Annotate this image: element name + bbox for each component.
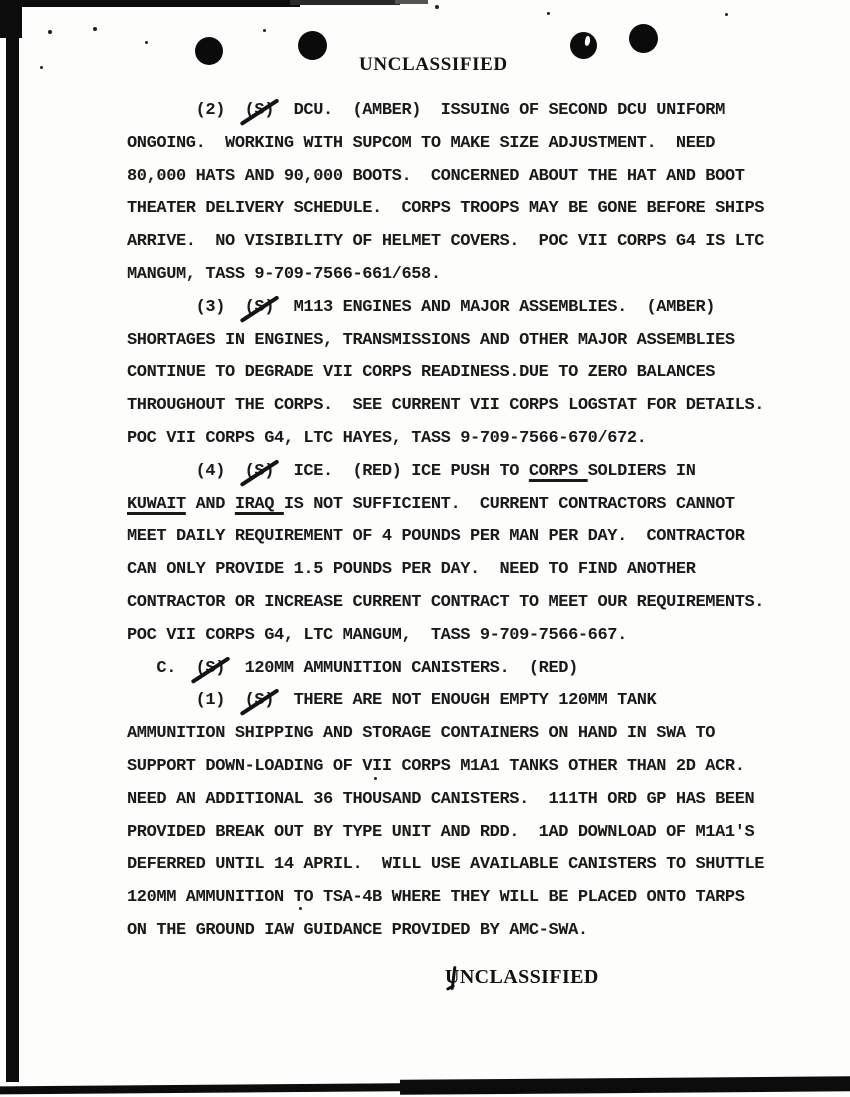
document-line: SUPPORT DOWN-LOADING OF VII CORPS M1A1 T…	[127, 751, 764, 784]
scan-edge-top	[0, 0, 300, 7]
text-run: (1)	[127, 691, 245, 710]
underlined-text: CORPS	[529, 462, 588, 481]
text-run: SOLDIERS IN	[588, 462, 696, 481]
document-line: CONTINUE TO DEGRADE VII CORPS READINESS.…	[127, 357, 764, 390]
text-run: 120MM AMMUNITION CANISTERS. (RED)	[225, 659, 578, 678]
document-line: (4) (S) ICE. (RED) ICE PUSH TO CORPS SOL…	[127, 456, 764, 489]
redacted-classification-marking: (S)	[245, 685, 274, 718]
document-line: (1) (S) THERE ARE NOT ENOUGH EMPTY 120MM…	[127, 685, 764, 718]
scanned-document-page: { "page": { "header_title": "UNCLASSIFIE…	[0, 0, 850, 1097]
text-run: MANGUM, TASS 9-709-7566-661/658.	[127, 265, 441, 284]
hole-punch-dot	[629, 24, 658, 53]
document-line: KUWAIT AND IRAQ IS NOT SUFFICIENT. CURRE…	[127, 489, 764, 522]
text-run: ONGOING. WORKING WITH SUPCOM TO MAKE SIZ…	[127, 134, 715, 153]
document-line: ONGOING. WORKING WITH SUPCOM TO MAKE SIZ…	[127, 128, 764, 161]
scan-speck	[435, 5, 439, 9]
document-line: (2) (S) DCU. (AMBER) ISSUING OF SECOND D…	[127, 95, 764, 128]
redacted-classification-marking: (S)	[245, 95, 274, 128]
text-run: ICE. (RED) ICE PUSH TO	[274, 462, 529, 481]
scan-speck	[48, 30, 52, 34]
redacted-classification-marking: (S)	[196, 653, 225, 686]
document-line: MEET DAILY REQUIREMENT OF 4 POUNDS PER M…	[127, 521, 764, 554]
text-run: AMMUNITION SHIPPING AND STORAGE CONTAINE…	[127, 724, 715, 743]
scan-speck	[93, 27, 97, 31]
document-line: CONTRACTOR OR INCREASE CURRENT CONTRACT …	[127, 587, 764, 620]
document-line: SHORTAGES IN ENGINES, TRANSMISSIONS AND …	[127, 325, 764, 358]
text-run: PROVIDED BREAK OUT BY TYPE UNIT AND RDD.…	[127, 823, 754, 842]
document-line: DEFERRED UNTIL 14 APRIL. WILL USE AVAILA…	[127, 849, 764, 882]
text-run: DEFERRED UNTIL 14 APRIL. WILL USE AVAILA…	[127, 855, 764, 874]
text-run: 120MM AMMUNITION TO TSA-4B WHERE THEY WI…	[127, 888, 745, 907]
text-run: (2)	[127, 101, 245, 120]
text-run: POC VII CORPS G4, LTC HAYES, TASS 9-709-…	[127, 429, 647, 448]
document-body: (2) (S) DCU. (AMBER) ISSUING OF SECOND D…	[127, 95, 764, 948]
document-line: (3) (S) M113 ENGINES AND MAJOR ASSEMBLIE…	[127, 292, 764, 325]
document-line: POC VII CORPS G4, LTC MANGUM, TASS 9-709…	[127, 620, 764, 653]
text-run: DCU. (AMBER) ISSUING OF SECOND DCU UNIFO…	[274, 101, 725, 120]
text-run: POC VII CORPS G4, LTC MANGUM, TASS 9-709…	[127, 626, 627, 645]
text-run: ARRIVE. NO VISIBILITY OF HELMET COVERS. …	[127, 232, 764, 251]
text-run: SUPPORT DOWN-LOADING OF VII CORPS M1A1 T…	[127, 757, 745, 776]
text-run: IS NOT SUFFICIENT. CURRENT CONTRACTORS C…	[284, 495, 735, 514]
document-line: 120MM AMMUNITION TO TSA-4B WHERE THEY WI…	[127, 882, 764, 915]
page-footer-classification: UNCLASSIFIED	[445, 966, 599, 989]
text-run: THEATER DELIVERY SCHEDULE. CORPS TROOPS …	[127, 199, 764, 218]
document-line: AMMUNITION SHIPPING AND STORAGE CONTAINE…	[127, 718, 764, 751]
text-run: AND	[186, 495, 235, 514]
text-run: ON THE GROUND IAW GUIDANCE PROVIDED BY A…	[127, 921, 588, 940]
redacted-classification-marking: (S)	[245, 456, 274, 489]
scan-speck	[725, 13, 728, 16]
text-run: NEED AN ADDITIONAL 36 THOUSAND CANISTERS…	[127, 790, 754, 809]
document-line: CAN ONLY PROVIDE 1.5 POUNDS PER DAY. NEE…	[127, 554, 764, 587]
text-run: CONTRACTOR OR INCREASE CURRENT CONTRACT …	[127, 593, 764, 612]
scan-speck	[547, 12, 550, 15]
hole-punch-dot	[570, 32, 597, 59]
text-run: M113 ENGINES AND MAJOR ASSEMBLIES. (AMBE…	[274, 298, 715, 317]
scan-edge-left	[6, 0, 19, 1082]
redacted-classification-marking: (S)	[245, 292, 274, 325]
text-run: THROUGHOUT THE CORPS. SEE CURRENT VII CO…	[127, 396, 764, 415]
scan-edge-top-gray	[290, 0, 400, 5]
text-run: THERE ARE NOT ENOUGH EMPTY 120MM TANK	[274, 691, 656, 710]
text-run: (4)	[127, 462, 245, 481]
scan-speck	[145, 41, 148, 44]
document-line: THEATER DELIVERY SCHEDULE. CORPS TROOPS …	[127, 193, 764, 226]
document-line: PROVIDED BREAK OUT BY TYPE UNIT AND RDD.…	[127, 817, 764, 850]
page-header-classification: UNCLASSIFIED	[359, 54, 508, 76]
document-line: ON THE GROUND IAW GUIDANCE PROVIDED BY A…	[127, 915, 764, 948]
document-line: 80,000 HATS AND 90,000 BOOTS. CONCERNED …	[127, 161, 764, 194]
hole-punch-dot	[298, 31, 327, 60]
document-line: C. (S) 120MM AMMUNITION CANISTERS. (RED)	[127, 653, 764, 686]
scan-speck	[40, 66, 43, 69]
document-line: MANGUM, TASS 9-709-7566-661/658.	[127, 259, 764, 292]
underlined-text: IRAQ	[235, 495, 284, 514]
text-run: MEET DAILY REQUIREMENT OF 4 POUNDS PER M…	[127, 527, 745, 546]
document-line: POC VII CORPS G4, LTC HAYES, TASS 9-709-…	[127, 423, 764, 456]
text-run: (3)	[127, 298, 245, 317]
text-run: SHORTAGES IN ENGINES, TRANSMISSIONS AND …	[127, 331, 735, 350]
hole-punch-dot	[195, 37, 223, 65]
document-line: ARRIVE. NO VISIBILITY OF HELMET COVERS. …	[127, 226, 764, 259]
scan-speck	[263, 29, 266, 32]
text-run: C.	[127, 659, 196, 678]
text-run: CAN ONLY PROVIDE 1.5 POUNDS PER DAY. NEE…	[127, 560, 696, 579]
text-run: CONTINUE TO DEGRADE VII CORPS READINESS.…	[127, 363, 715, 382]
scan-edge-bottom-thick	[400, 1076, 850, 1095]
document-line: THROUGHOUT THE CORPS. SEE CURRENT VII CO…	[127, 390, 764, 423]
text-run: 80,000 HATS AND 90,000 BOOTS. CONCERNED …	[127, 167, 745, 186]
scan-edge-top-faint	[395, 0, 428, 4]
document-line: NEED AN ADDITIONAL 36 THOUSAND CANISTERS…	[127, 784, 764, 817]
underlined-text: KUWAIT	[127, 495, 186, 514]
